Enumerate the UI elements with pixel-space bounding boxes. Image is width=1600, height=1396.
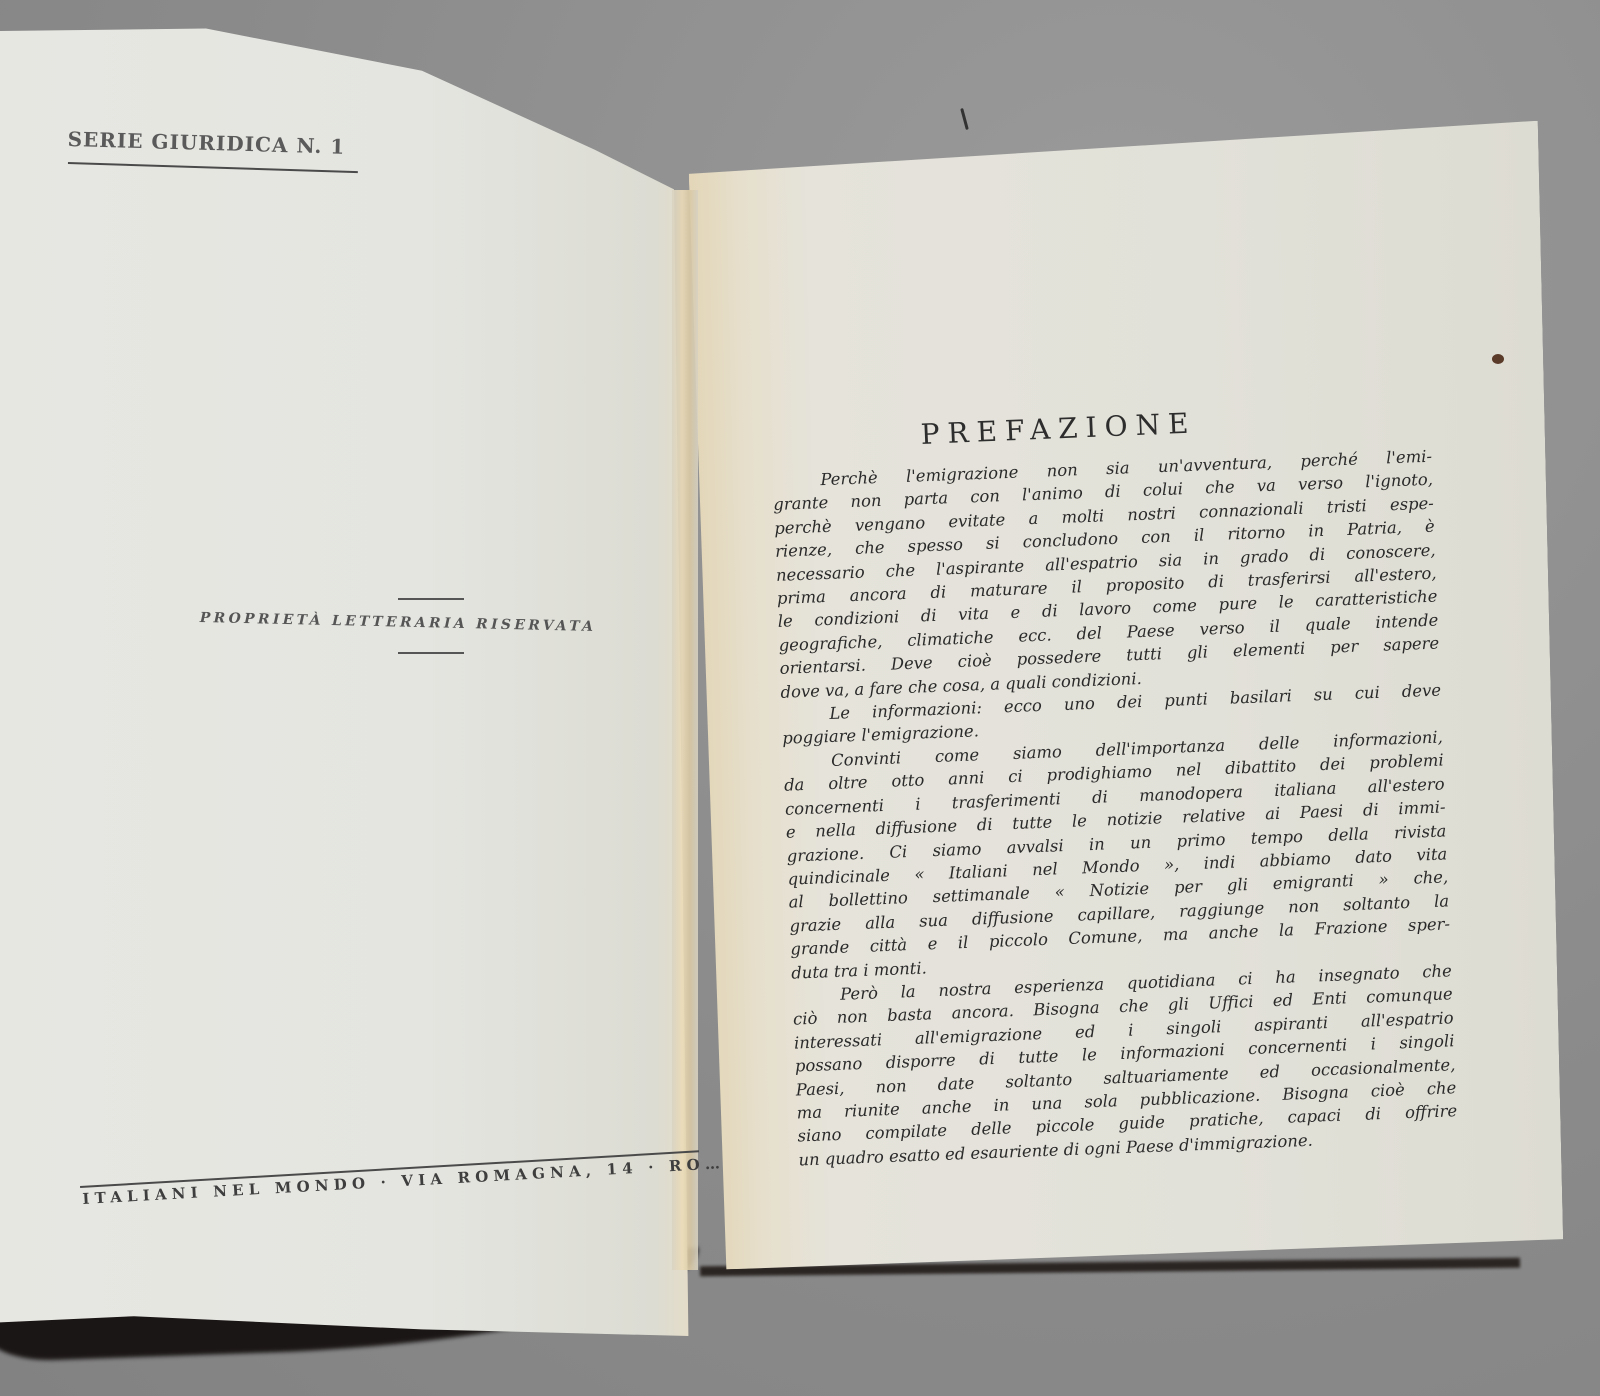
table-mark [960, 108, 969, 130]
rule-bottom [398, 652, 464, 654]
preface-text: Perchè l'emigrazione non sia un'avventur… [772, 445, 1458, 1172]
left-page [0, 18, 710, 1336]
book-spine [672, 190, 698, 1270]
table-stain [1492, 354, 1504, 364]
rule-top [398, 598, 464, 600]
